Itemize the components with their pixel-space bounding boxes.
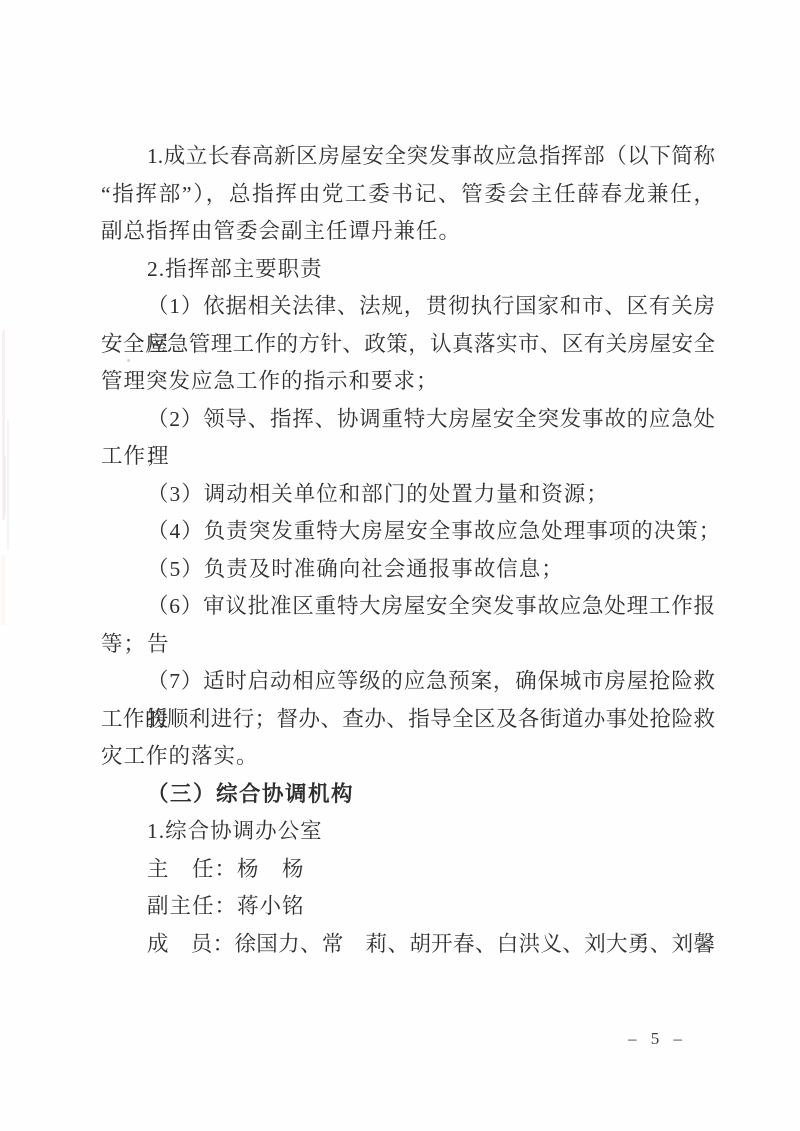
doc-line: （4）负责突发重特大房屋安全事故应急处理事项的决策； (101, 513, 715, 551)
doc-line: 工作； (101, 438, 715, 476)
doc-line: 1.成立长春高新区房屋安全突发事故应急指挥部（以下简称 (101, 138, 715, 176)
doc-line: 副总指挥由管委会副主任谭丹兼任。 (101, 213, 715, 251)
doc-line: （5）负责及时准确向社会通报事故信息； (101, 551, 715, 589)
doc-line: 工作的顺利进行；督办、查办、指导全区及各街道办事处抢险救 (101, 701, 715, 739)
doc-line: 管理突发应急工作的指示和要求； (101, 363, 715, 401)
page-number: – 5 – (628, 1029, 687, 1049)
doc-line: （6）审议批准区重特大房屋安全突发事故应急处理工作报告 (101, 588, 715, 626)
doc-line: 2.指挥部主要职责 (101, 251, 715, 289)
scan-artifact (4, 455, 6, 515)
doc-line: 等； (101, 626, 715, 664)
doc-line: （2）领导、指挥、协调重特大房屋安全突发事故的应急处理 (101, 401, 715, 439)
doc-line: 1.综合协调办公室 (101, 813, 715, 851)
scan-artifact (2, 330, 5, 520)
doc-line: 主 任：杨 杨 (101, 851, 715, 889)
scan-artifact (1, 555, 5, 625)
doc-line: （7）适时启动相应等级的应急预案，确保城市房屋抢险救援 (101, 663, 715, 701)
doc-line: （3）调动相关单位和部门的处置力量和资源； (101, 476, 715, 514)
document-page: 1.成立长春高新区房屋安全突发事故应急指挥部（以下简称 “指挥部”），总指挥由党… (0, 0, 800, 1131)
document-body: 1.成立长春高新区房屋安全突发事故应急指挥部（以下简称 “指挥部”），总指挥由党… (101, 138, 715, 963)
doc-line: 安全应急管理工作的方针、政策，认真落实市、区有关房屋安全 (101, 326, 715, 364)
doc-line: 副主任：蒋小铭 (101, 888, 715, 926)
doc-section-heading: （三）综合协调机构 (101, 776, 715, 814)
doc-line: “指挥部”），总指挥由党工委书记、管委会主任薛春龙兼任， (101, 176, 715, 214)
scan-artifact (7, 420, 9, 550)
doc-line: 成 员：徐国力、常 莉、胡开春、白洪义、刘大勇、刘馨 (101, 926, 715, 964)
doc-line: （1）依据相关法律、法规，贯彻执行国家和市、区有关房屋 (101, 288, 715, 326)
doc-line: 灾工作的落实。 (101, 738, 715, 776)
